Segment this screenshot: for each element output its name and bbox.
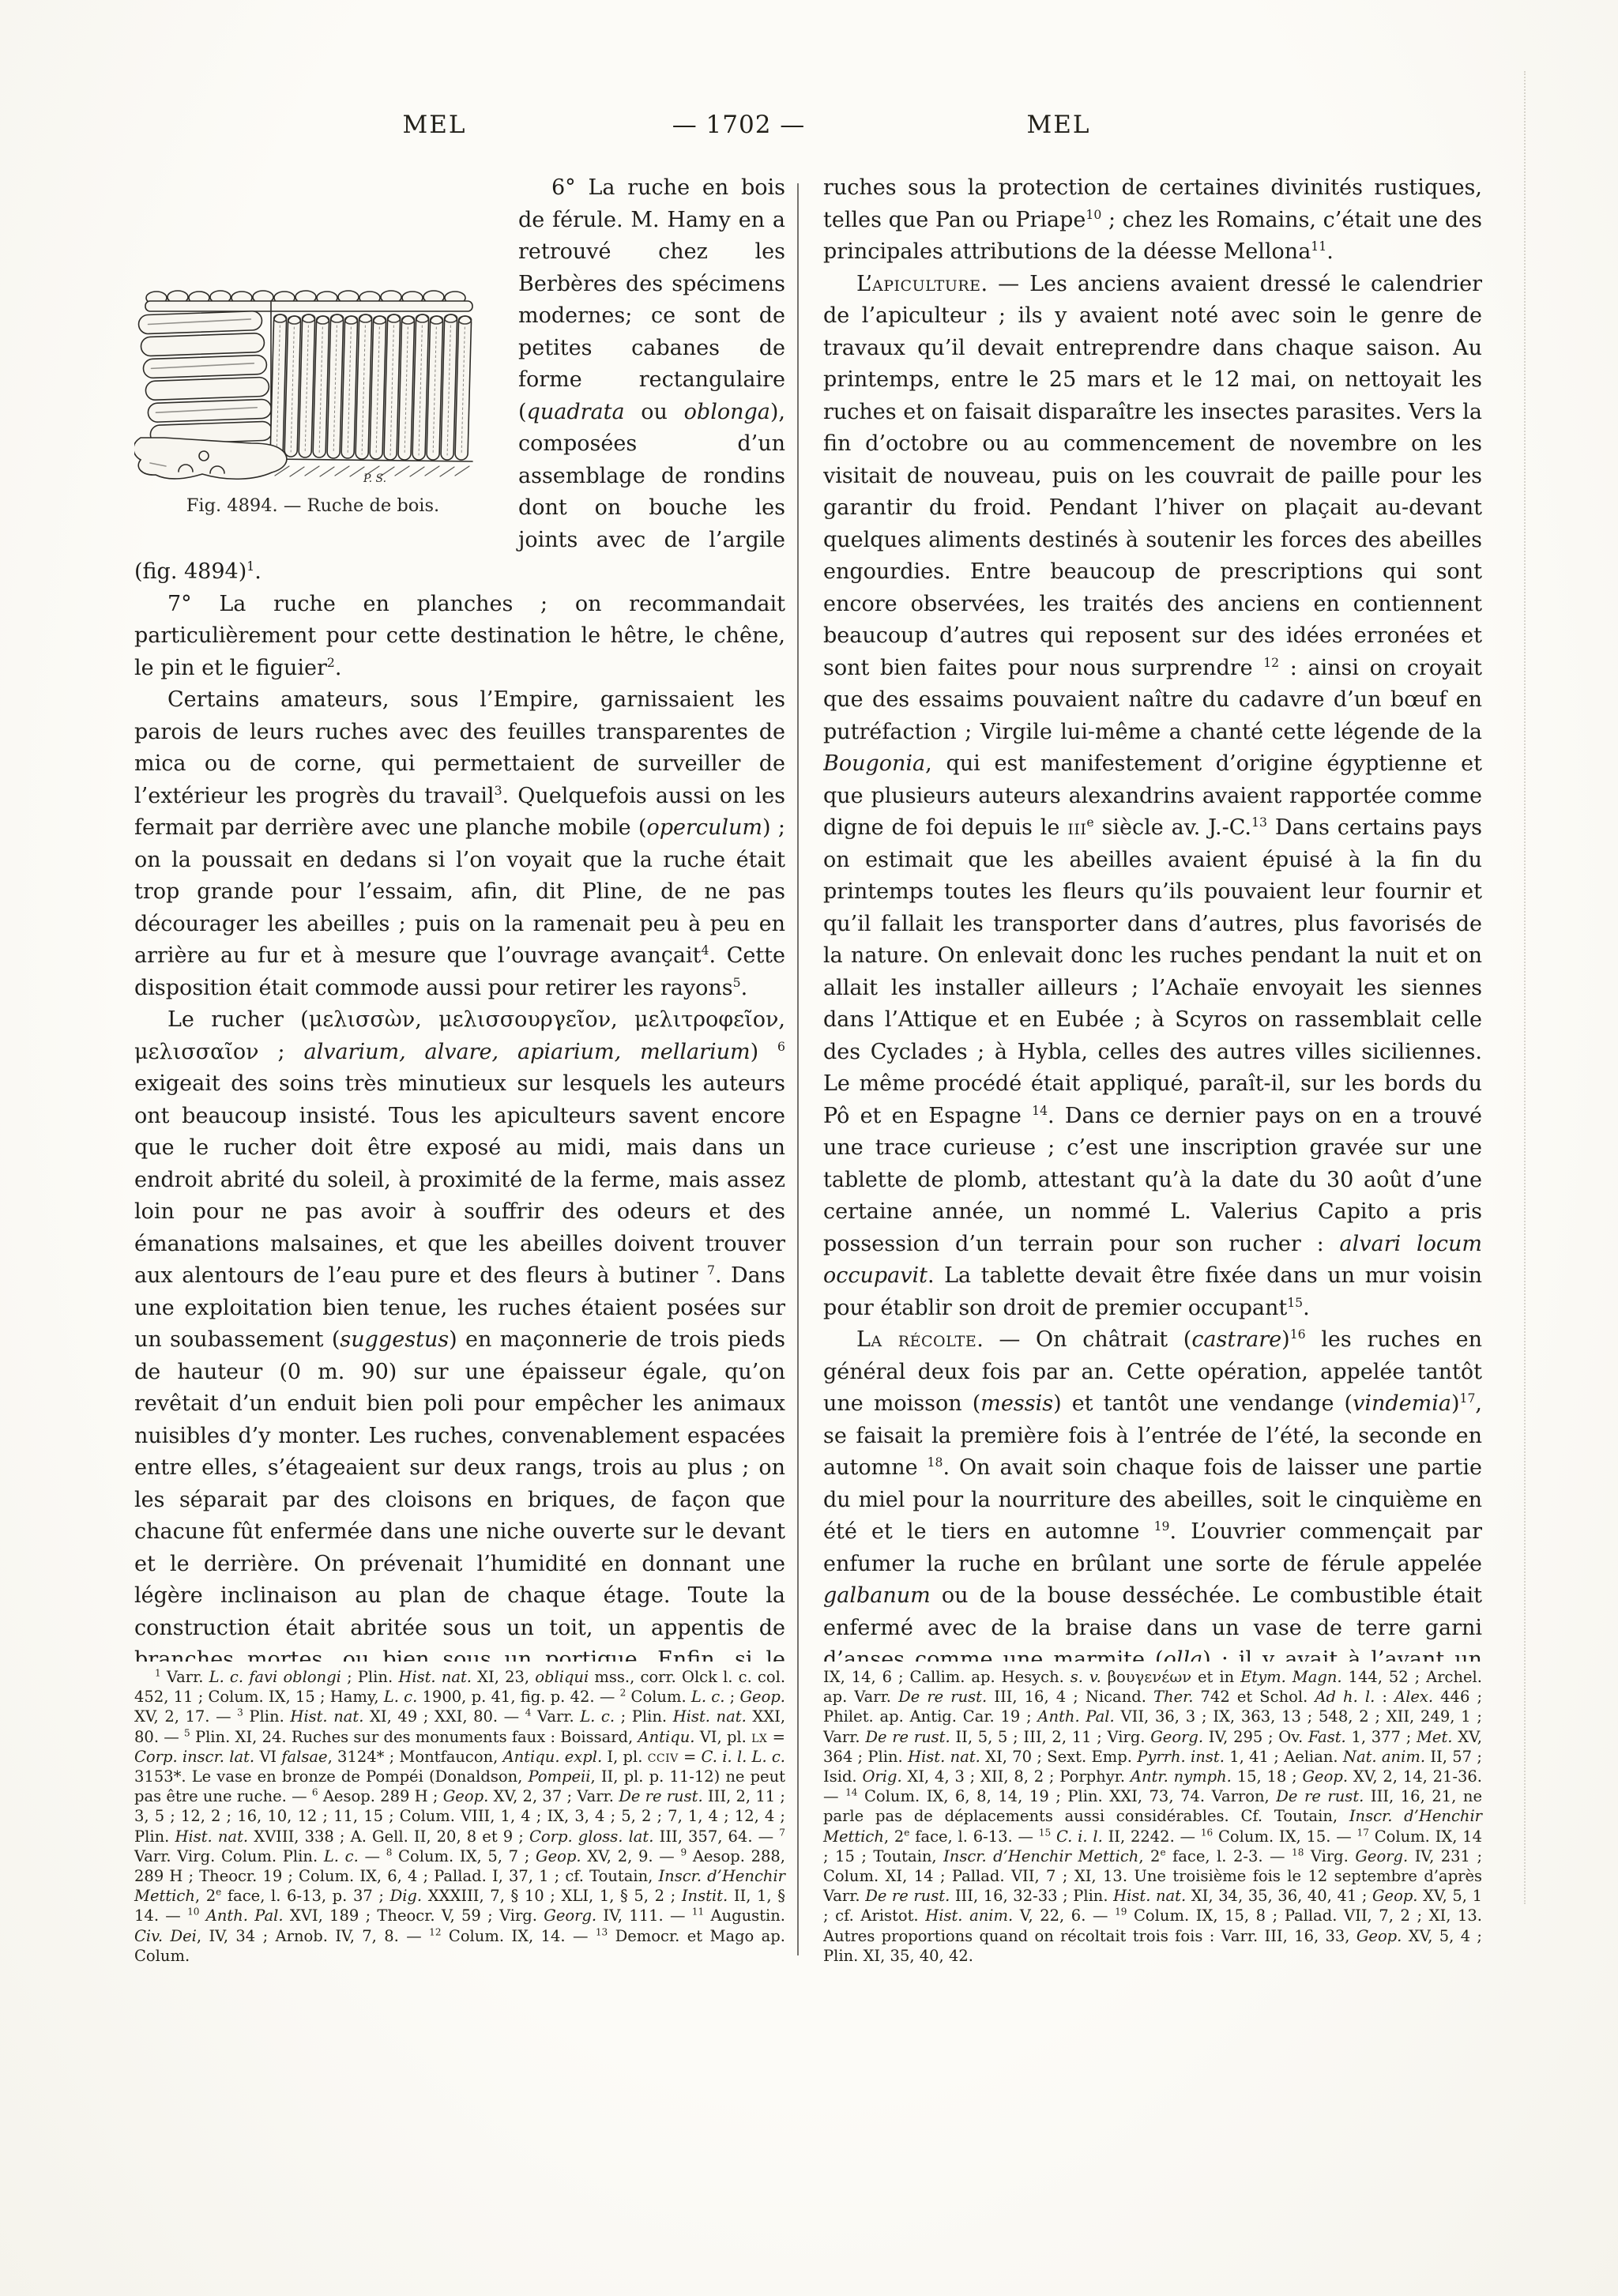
paragraph-le-rucher: Le rucher (μελισσὼν, μελισσουργεῖον, μελ… [134, 1004, 785, 1662]
page-number: — 1702 — [608, 111, 869, 139]
stone-base [134, 438, 287, 479]
page-edge-line [1524, 71, 1526, 1904]
paragraph-apiculture: L’apiculture. — Les anciens avaient dres… [823, 269, 1482, 1325]
figure-ruche: P. S. Fig. 4894. — Ruche de bois. [134, 277, 491, 517]
figure-caption: Fig. 4894. — Ruche de bois. [134, 495, 491, 517]
left-column: P. S. Fig. 4894. — Ruche de bois. 6° La … [134, 172, 785, 1662]
paragraph-ruche-planches: 7° La ruche en planches ; on recommandai… [134, 589, 785, 685]
paragraph-recolte: La récolte. — On châtrait (castrare)16 l… [823, 1324, 1482, 1662]
running-head-left: MEL [340, 111, 529, 139]
right-column: ruches sous la protection de certaines d… [823, 172, 1482, 1662]
paragraph-divinites: ruches sous la protection de certaines d… [823, 172, 1482, 269]
hive-bottom-edge [272, 459, 472, 461]
hive-top-scallops [145, 291, 472, 311]
hive-front-slats [270, 314, 472, 460]
engraver-signature: P. S. [363, 472, 386, 485]
log-hive-illustration: P. S. [134, 277, 488, 487]
paragraph-amateurs: Certains amateurs, sous l’Empire, garnis… [134, 684, 785, 1004]
footnotes-right: IX, 14, 6 ; Callim. ap. Hesych. s. v. βο… [823, 1667, 1482, 1966]
footnotes-left: 1 Varr. L. c. favi oblongi ; Plin. Hist.… [134, 1667, 785, 1966]
running-head-right: MEL [960, 111, 1157, 139]
hive-log-side [138, 311, 273, 445]
column-divider [797, 183, 799, 1955]
page: MEL — 1702 — MEL [0, 0, 1618, 2296]
